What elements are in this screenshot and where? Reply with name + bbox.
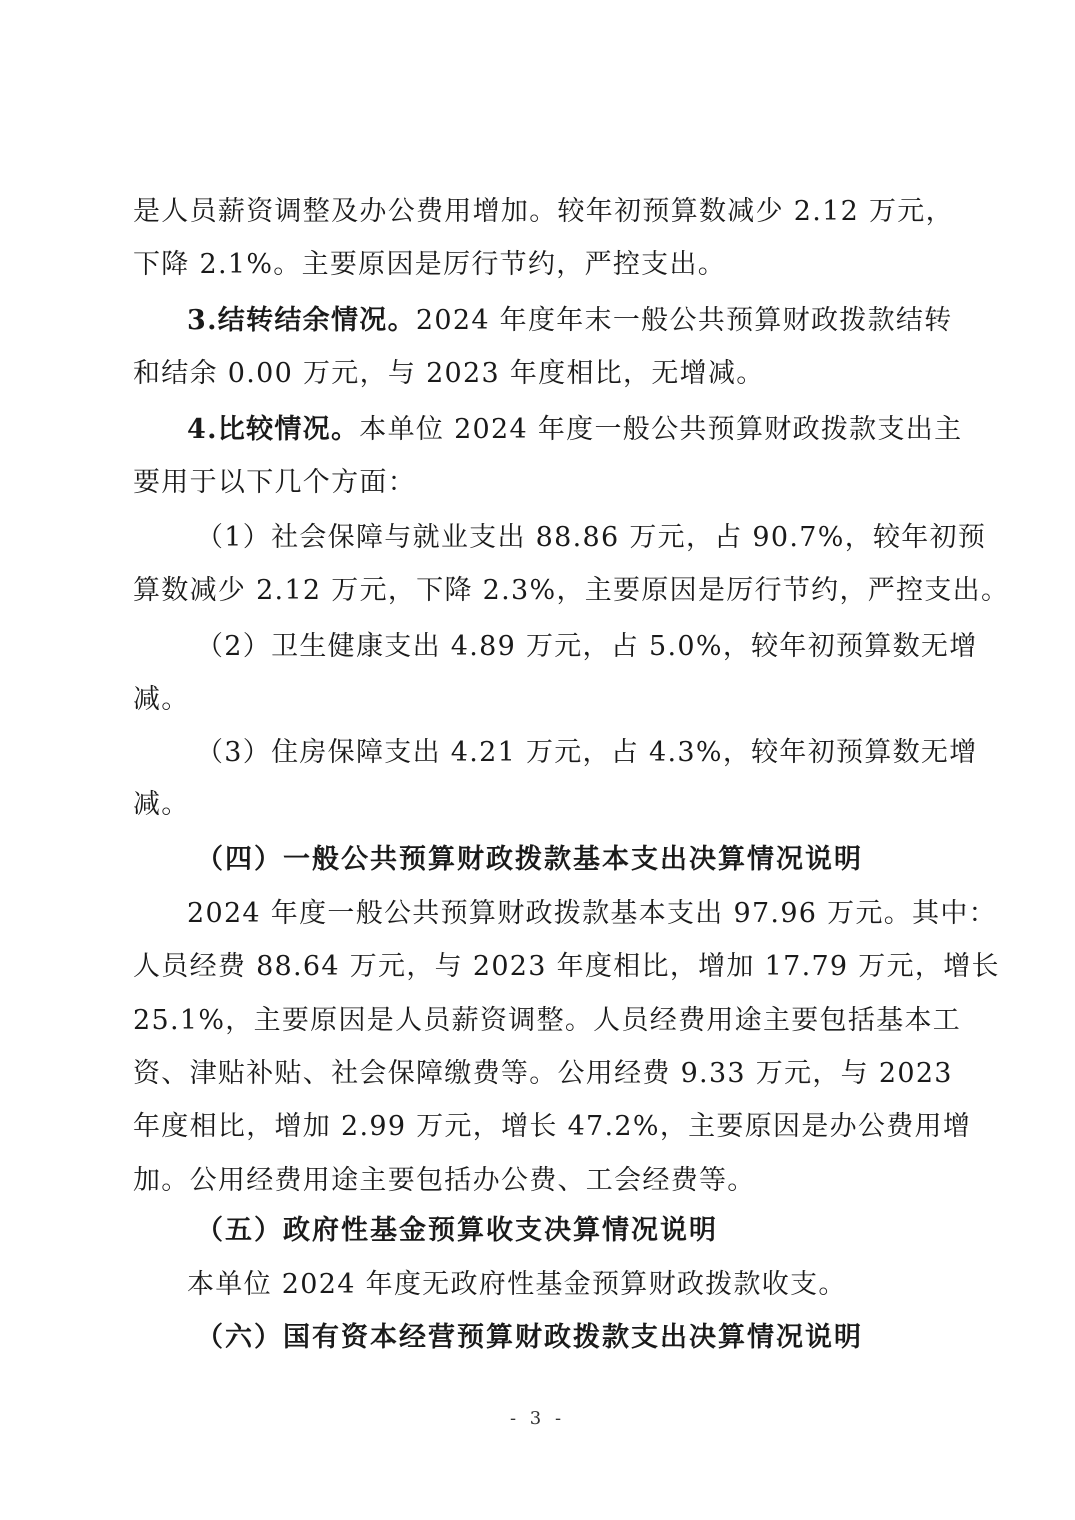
list-item-3: （3）住房保障支出 4.21 万元，占 4.3%，较年初预算数无增 <box>196 733 945 773</box>
section-heading-4: （四）一般公共预算财政拨款基本支出决算情况说明 <box>196 840 863 880</box>
section-3-text: 2024 年度年末一般公共预算财政拨款结转 <box>416 305 953 336</box>
paragraph-line: 加。公用经费用途主要包括办公费、工会经费等。 <box>133 1161 945 1201</box>
list-item-1-cont: 算数减少 2.12 万元，下降 2.3%，主要原因是厉行节约，严控支出。 <box>133 571 945 611</box>
section-4-comparison: 4.比较情况。本单位 2024 年度一般公共预算财政拨款支出主 <box>187 410 945 450</box>
paragraph-line: 本单位 2024 年度无政府性基金预算财政拨款收支。 <box>187 1265 945 1305</box>
paragraph-line: 下降 2.1%。主要原因是厉行节约，严控支出。 <box>133 245 945 285</box>
paragraph-line: 年度相比，增加 2.99 万元，增长 47.2%，主要原因是办公费用增 <box>133 1107 945 1147</box>
section-4-label: 4.比较情况。 <box>187 414 359 445</box>
paragraph-line: 25.1%，主要原因是人员薪资调整。人员经费用途主要包括基本工 <box>133 1001 945 1041</box>
section-3-label: 3.结转结余情况。 <box>187 305 416 336</box>
paragraph-line: 和结余 0.00 万元，与 2023 年度相比，无增减。 <box>133 354 945 394</box>
section-4-text: 本单位 2024 年度一般公共预算财政拨款支出主 <box>359 414 962 445</box>
list-item-2: （2）卫生健康支出 4.89 万元，占 5.0%，较年初预算数无增 <box>196 627 945 667</box>
section-heading-5: （五）政府性基金预算收支决算情况说明 <box>196 1211 718 1251</box>
paragraph-line: 资、津贴补贴、社会保障缴费等。公用经费 9.33 万元，与 2023 <box>133 1054 945 1094</box>
document-page: 是人员薪资调整及办公费用增加。较年初预算数减少 2.12 万元， 下降 2.1%… <box>0 0 1075 1520</box>
page-number: - 3 - <box>0 1408 1075 1429</box>
paragraph-line: 2024 年度一般公共预算财政拨款基本支出 97.96 万元。其中： <box>187 894 945 934</box>
paragraph-line: 人员经费 88.64 万元，与 2023 年度相比，增加 17.79 万元，增长 <box>133 947 945 987</box>
section-heading-6: （六）国有资本经营预算财政拨款支出决算情况说明 <box>196 1318 863 1358</box>
section-3-carryover: 3.结转结余情况。2024 年度年末一般公共预算财政拨款结转 <box>187 301 945 341</box>
paragraph-line: 是人员薪资调整及办公费用增加。较年初预算数减少 2.12 万元， <box>133 192 945 232</box>
list-item-1: （1）社会保障与就业支出 88.86 万元，占 90.7%，较年初预 <box>196 518 945 558</box>
list-item-2-cont: 减。 <box>133 680 945 720</box>
list-item-3-cont: 减。 <box>133 785 945 825</box>
paragraph-line: 要用于以下几个方面： <box>133 463 945 503</box>
